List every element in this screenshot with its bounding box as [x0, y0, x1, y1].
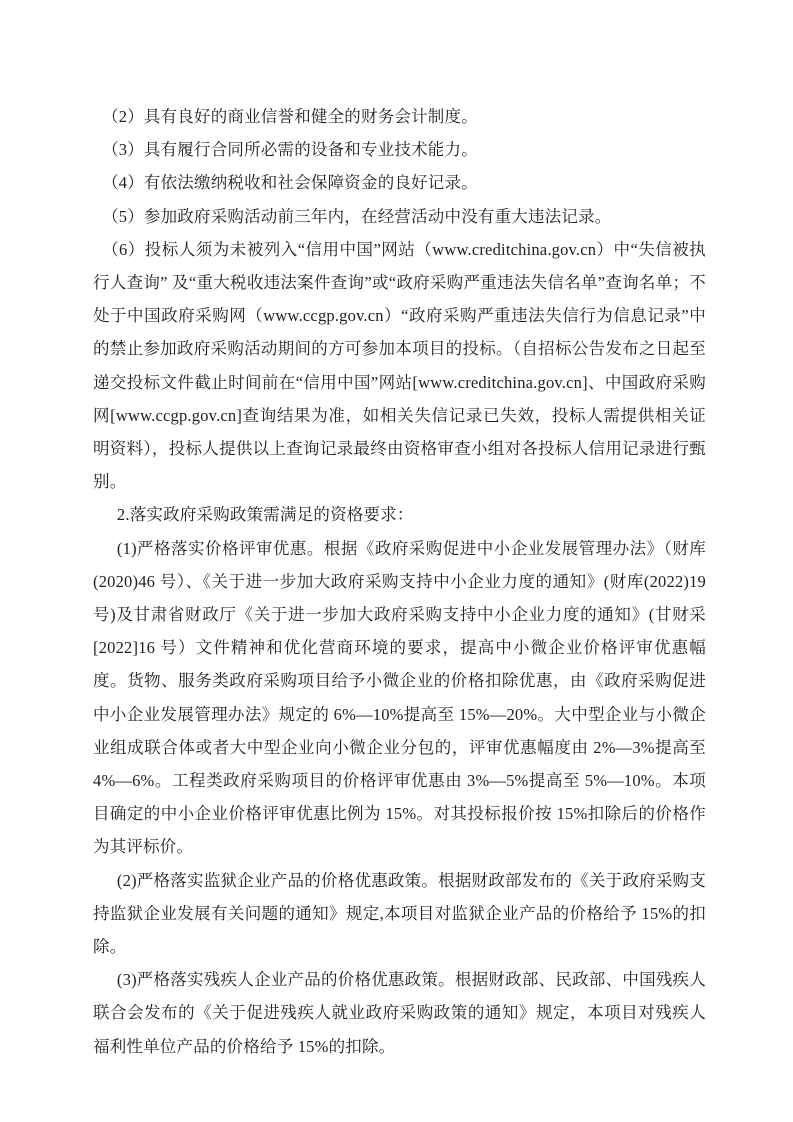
qualification-item-5: （5）参加政府采购活动前三年内，在经营活动中没有重大违法记录。: [93, 200, 706, 233]
sme-price-review-discount-clause: (1)严格落实价格评审优惠。根据《政府采购促进中小企业发展管理办法》（财库(20…: [93, 532, 706, 864]
policy-requirements-heading: 2.落实政府采购政策需满足的资格要求：: [93, 498, 706, 531]
qualification-item-2: （2）具有良好的商业信誉和健全的财务会计制度。: [93, 100, 706, 133]
qualification-item-6-credit-check-clause: （6）投标人须为未被列入“信用中国”网站（www.creditchina.gov…: [93, 233, 706, 499]
disabled-welfare-unit-discount-clause: (3)严格落实残疾人企业产品的价格优惠政策。根据财政部、民政部、中国残疾人联合会…: [93, 963, 706, 1063]
qualification-item-3: （3）具有履行合同所必需的设备和专业技术能力。: [93, 133, 706, 166]
qualification-item-4: （4）有依法缴纳税收和社会保障资金的良好记录。: [93, 166, 706, 199]
document-content: （2）具有良好的商业信誉和健全的财务会计制度。 （3）具有履行合同所必需的设备和…: [93, 100, 706, 1063]
document-page: （2）具有良好的商业信誉和健全的财务会计制度。 （3）具有履行合同所必需的设备和…: [0, 0, 793, 1122]
prison-enterprise-discount-clause: (2)严格落实监狱企业产品的价格优惠政策。根据财政部发布的《关于政府采购支持监狱…: [93, 864, 706, 964]
